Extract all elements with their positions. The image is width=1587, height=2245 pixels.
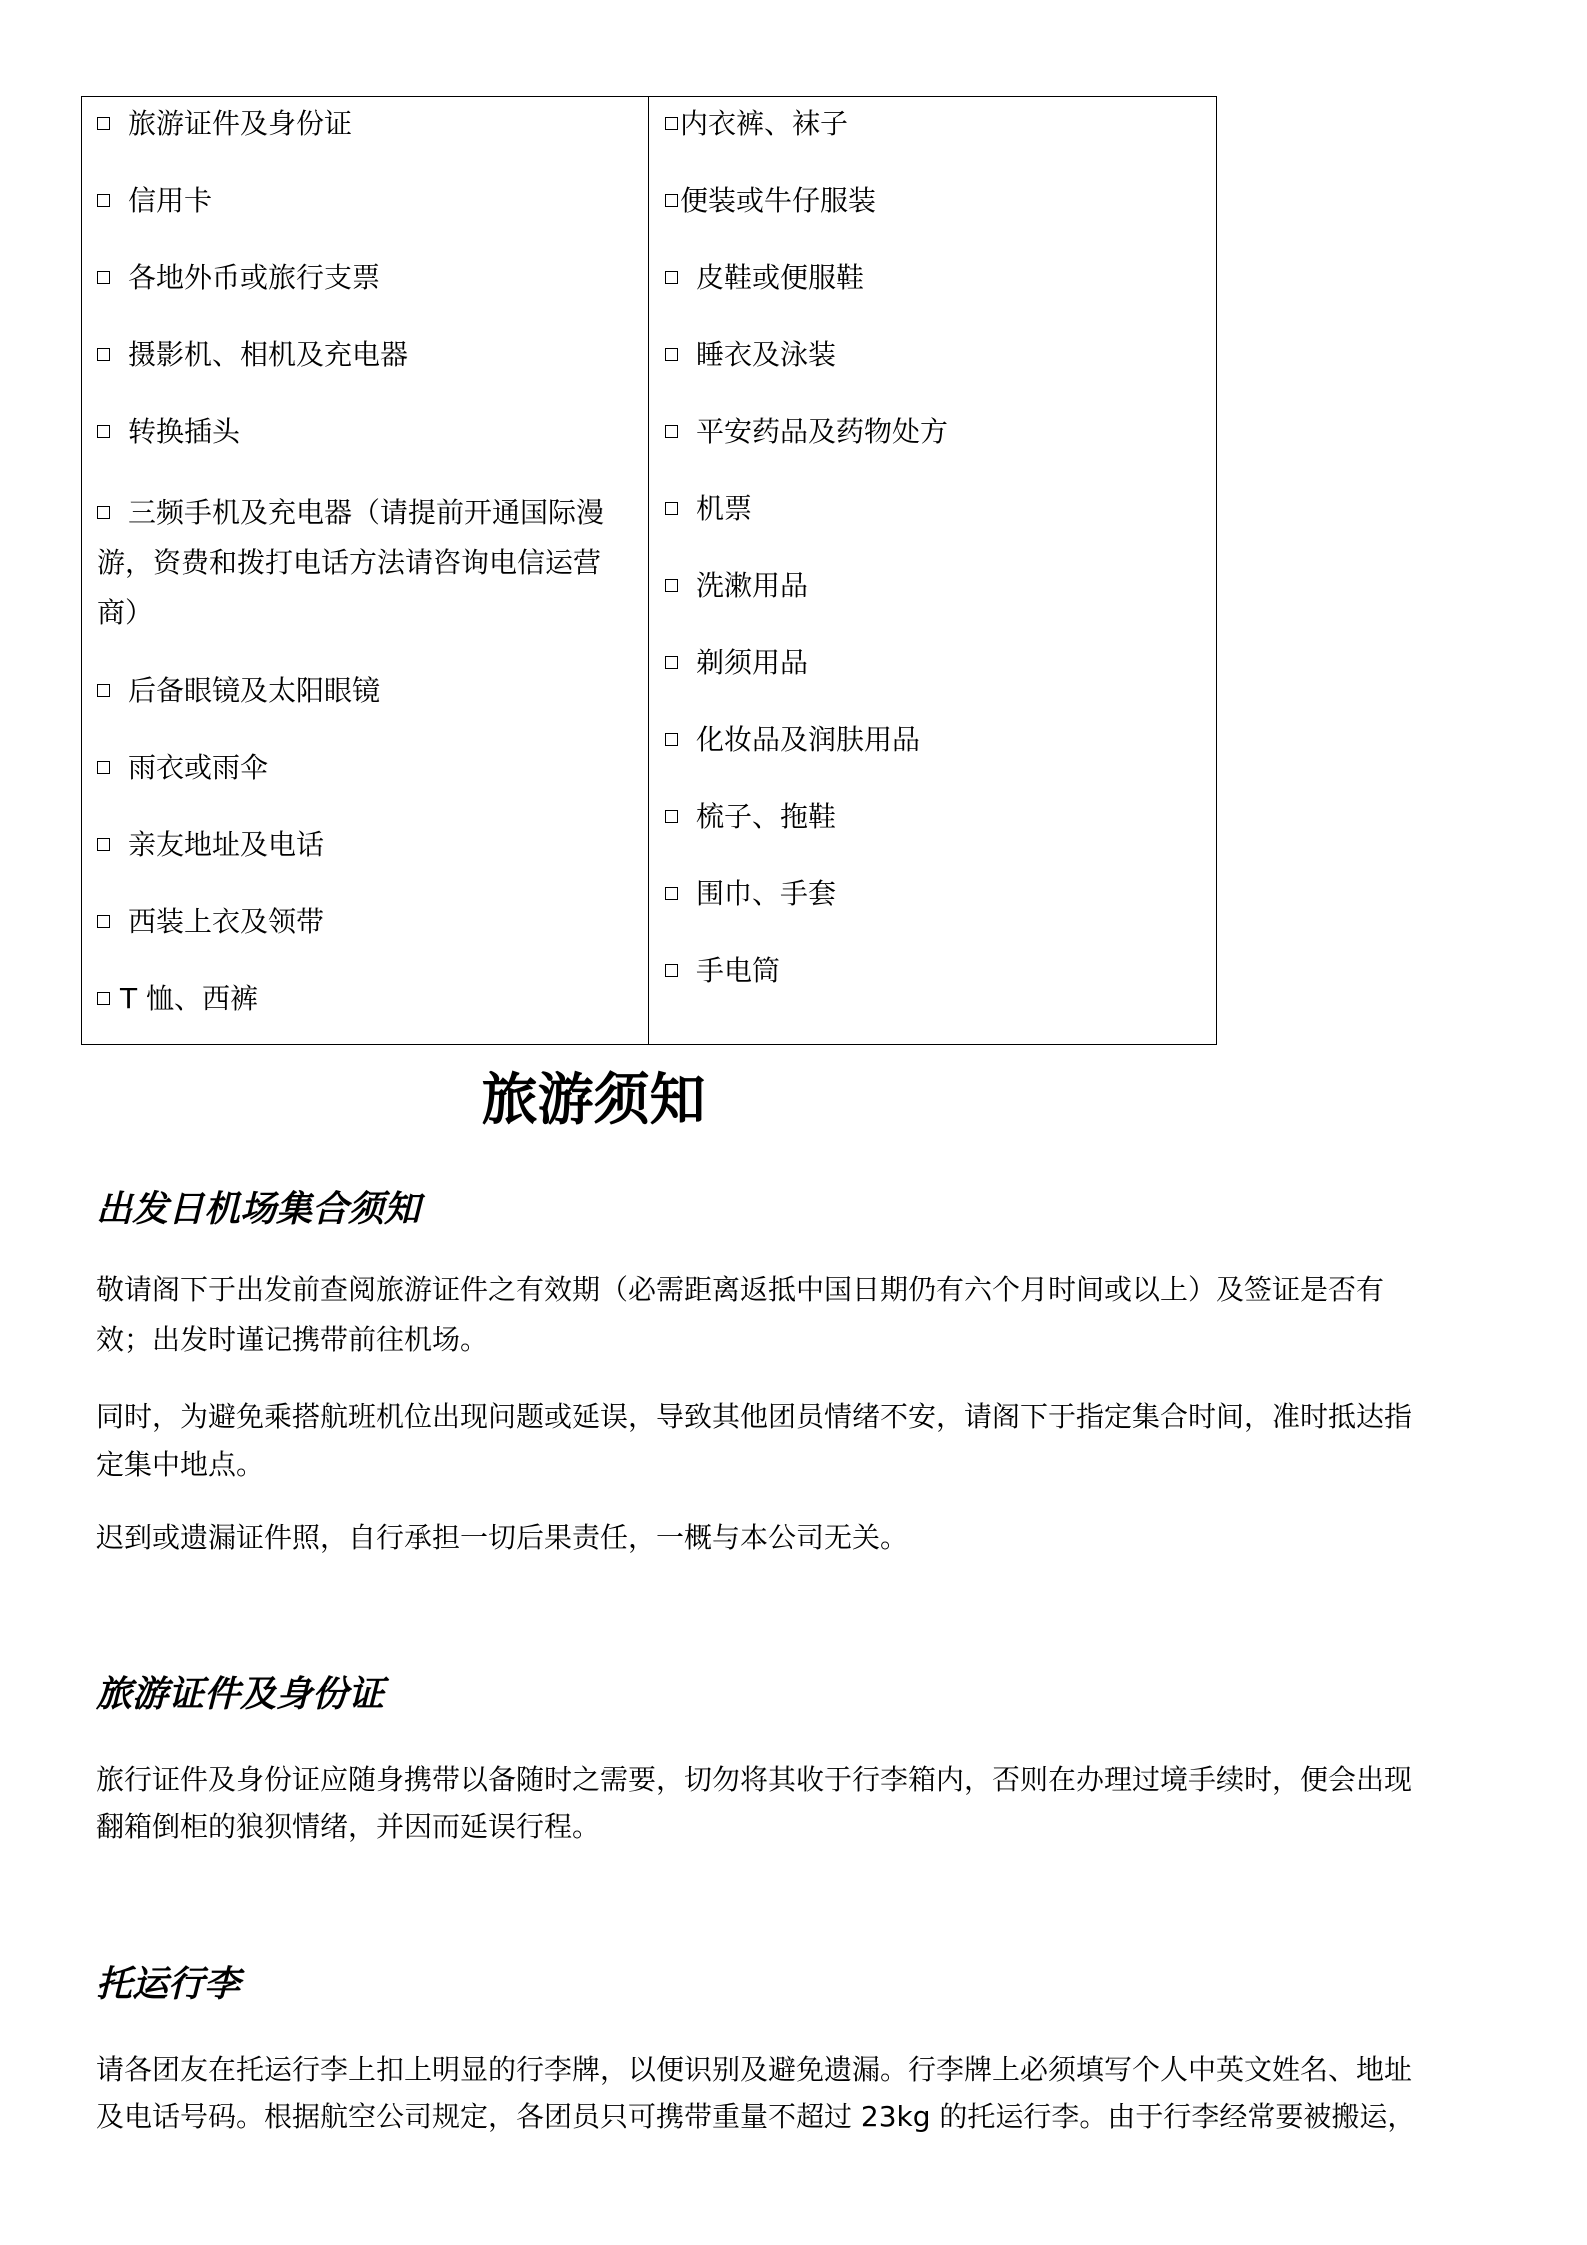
item-label: 剃须用品 <box>696 646 808 679</box>
item-label: 便装或牛仔服装 <box>680 184 876 217</box>
paragraph-line: 翻箱倒柜的狼狈情绪，并因而延误行程。 <box>96 1802 600 1852</box>
checklist-item[interactable]: 内衣裤、袜子 <box>665 99 1206 149</box>
checklist-item[interactable]: 化妆品及润肤用品 <box>665 715 1206 765</box>
document-page: 旅游证件及身份证 信用卡 各地外币或旅行支票 摄影机、相机及充电器 转换插头 三… <box>0 0 1587 2245</box>
paragraph-line: 敬请阁下于出发前查阅旅游证件之有效期（必需距离返抵中国日期仍有六个月时间或以上）… <box>96 1265 1384 1315</box>
checkbox-icon[interactable] <box>97 194 110 207</box>
checklist-item[interactable]: 摄影机、相机及充电器 <box>97 330 638 380</box>
item-line: 商） <box>97 588 638 638</box>
checklist-item[interactable]: 平安药品及药物处方 <box>665 407 1206 457</box>
checkbox-icon[interactable] <box>665 502 678 515</box>
paragraph-line: 定集中地点。 <box>96 1440 264 1490</box>
item-label: 手电筒 <box>696 954 780 987</box>
checkbox-icon[interactable] <box>665 194 678 207</box>
checklist-item[interactable]: 机票 <box>665 484 1206 534</box>
checklist-item[interactable]: 雨衣或雨伞 <box>97 743 638 793</box>
section-heading: 旅游证件及身份证 <box>96 1673 384 1717</box>
checklist-item[interactable]: 手电筒 <box>665 946 1206 996</box>
item-label: 各地外币或旅行支票 <box>128 261 380 294</box>
checklist-item[interactable]: 亲友地址及电话 <box>97 820 638 870</box>
paragraph-line: 迟到或遗漏证件照，自行承担一切后果责任，一概与本公司无关。 <box>96 1513 908 1563</box>
item-label: 机票 <box>696 492 752 525</box>
item-label: 后备眼镜及太阳眼镜 <box>128 674 380 707</box>
checklist-item[interactable]: T 恤、西裤 <box>97 974 638 1024</box>
item-label: 亲友地址及电话 <box>128 828 324 861</box>
item-line: 游，资费和拨打电话方法请咨询电信运营 <box>97 538 638 588</box>
checklist-item[interactable]: 睡衣及泳装 <box>665 330 1206 380</box>
item-label: 信用卡 <box>128 184 212 217</box>
checkbox-icon[interactable] <box>97 425 110 438</box>
paragraph-line: 效；出发时谨记携带前往机场。 <box>96 1315 488 1365</box>
item-label: 平安药品及药物处方 <box>696 415 948 448</box>
checkbox-icon[interactable] <box>665 810 678 823</box>
checklist-item[interactable]: 围巾、手套 <box>665 869 1206 919</box>
checkbox-icon[interactable] <box>97 506 110 519</box>
document-title: 旅游须知 <box>0 1072 1187 1130</box>
item-label: 雨衣或雨伞 <box>128 751 268 784</box>
checklist-left-column: 旅游证件及身份证 信用卡 各地外币或旅行支票 摄影机、相机及充电器 转换插头 三… <box>82 97 649 1044</box>
item-label: 内衣裤、袜子 <box>680 107 848 140</box>
section-heading: 出发日机场集合须知 <box>96 1188 420 1232</box>
checkbox-icon[interactable] <box>665 579 678 592</box>
checkbox-icon[interactable] <box>97 117 110 130</box>
checkbox-icon[interactable] <box>665 348 678 361</box>
checkbox-icon[interactable] <box>97 271 110 284</box>
checkbox-icon[interactable] <box>665 117 678 130</box>
checkbox-icon[interactable] <box>665 271 678 284</box>
checklist-item[interactable]: 西装上衣及领带 <box>97 897 638 947</box>
paragraph-line: 及电话号码。根据航空公司规定，各团员只可携带重量不超过 23kg 的托运行李。由… <box>96 2092 1415 2142</box>
item-label: 皮鞋或便服鞋 <box>696 261 864 294</box>
checklist-item[interactable]: 便装或牛仔服装 <box>665 176 1206 226</box>
item-label: 梳子、拖鞋 <box>696 800 836 833</box>
checklist-item[interactable]: 梳子、拖鞋 <box>665 792 1206 842</box>
checklist-item[interactable]: 各地外币或旅行支票 <box>97 253 638 303</box>
checkbox-icon[interactable] <box>97 348 110 361</box>
checkbox-icon[interactable] <box>97 838 110 851</box>
checklist-item[interactable]: 皮鞋或便服鞋 <box>665 253 1206 303</box>
checklist-item[interactable]: 三频手机及充电器（请提前开通国际漫 游，资费和拨打电话方法请咨询电信运营 商） <box>97 488 638 638</box>
checklist-item[interactable]: 旅游证件及身份证 <box>97 99 638 149</box>
item-label: 三频手机及充电器（请提前开通国际漫 <box>128 496 604 529</box>
item-label: 围巾、手套 <box>696 877 836 910</box>
checkbox-icon[interactable] <box>665 425 678 438</box>
item-label: 转换插头 <box>128 415 240 448</box>
checkbox-icon[interactable] <box>665 887 678 900</box>
item-line: 三频手机及充电器（请提前开通国际漫 <box>97 488 638 538</box>
checkbox-icon[interactable] <box>665 964 678 977</box>
item-label: 睡衣及泳装 <box>696 338 836 371</box>
checklist-right-column: 内衣裤、袜子 便装或牛仔服装 皮鞋或便服鞋 睡衣及泳装 平安药品及药物处方 机票… <box>649 97 1216 1044</box>
checkbox-icon[interactable] <box>97 684 110 697</box>
paragraph-line: 同时，为避免乘搭航班机位出现问题或延误，导致其他团员情绪不安，请阁下于指定集合时… <box>96 1392 1412 1442</box>
checklist-item[interactable]: 信用卡 <box>97 176 638 226</box>
item-label: 西装上衣及领带 <box>128 905 324 938</box>
checkbox-icon[interactable] <box>97 992 110 1005</box>
item-label: 摄影机、相机及充电器 <box>128 338 408 371</box>
paragraph-line: 旅行证件及身份证应随身携带以备随时之需要，切勿将其收于行李箱内，否则在办理过境手… <box>96 1755 1412 1805</box>
checklist-item[interactable]: 后备眼镜及太阳眼镜 <box>97 666 638 716</box>
checkbox-icon[interactable] <box>665 656 678 669</box>
item-label: 化妆品及润肤用品 <box>696 723 920 756</box>
item-label: T 恤、西裤 <box>120 982 258 1015</box>
checklist-item[interactable]: 转换插头 <box>97 407 638 457</box>
checklist-item[interactable]: 剃须用品 <box>665 638 1206 688</box>
section-heading: 托运行李 <box>96 1963 240 2007</box>
checklist-item[interactable]: 洗漱用品 <box>665 561 1206 611</box>
checkbox-icon[interactable] <box>97 915 110 928</box>
checkbox-icon[interactable] <box>665 733 678 746</box>
paragraph-line: 请各团友在托运行李上扣上明显的行李牌，以便识别及避免遗漏。行李牌上必须填写个人中… <box>96 2045 1412 2095</box>
item-label: 洗漱用品 <box>696 569 808 602</box>
item-label: 旅游证件及身份证 <box>128 107 352 140</box>
checkbox-icon[interactable] <box>97 761 110 774</box>
packing-checklist-table: 旅游证件及身份证 信用卡 各地外币或旅行支票 摄影机、相机及充电器 转换插头 三… <box>81 96 1217 1045</box>
